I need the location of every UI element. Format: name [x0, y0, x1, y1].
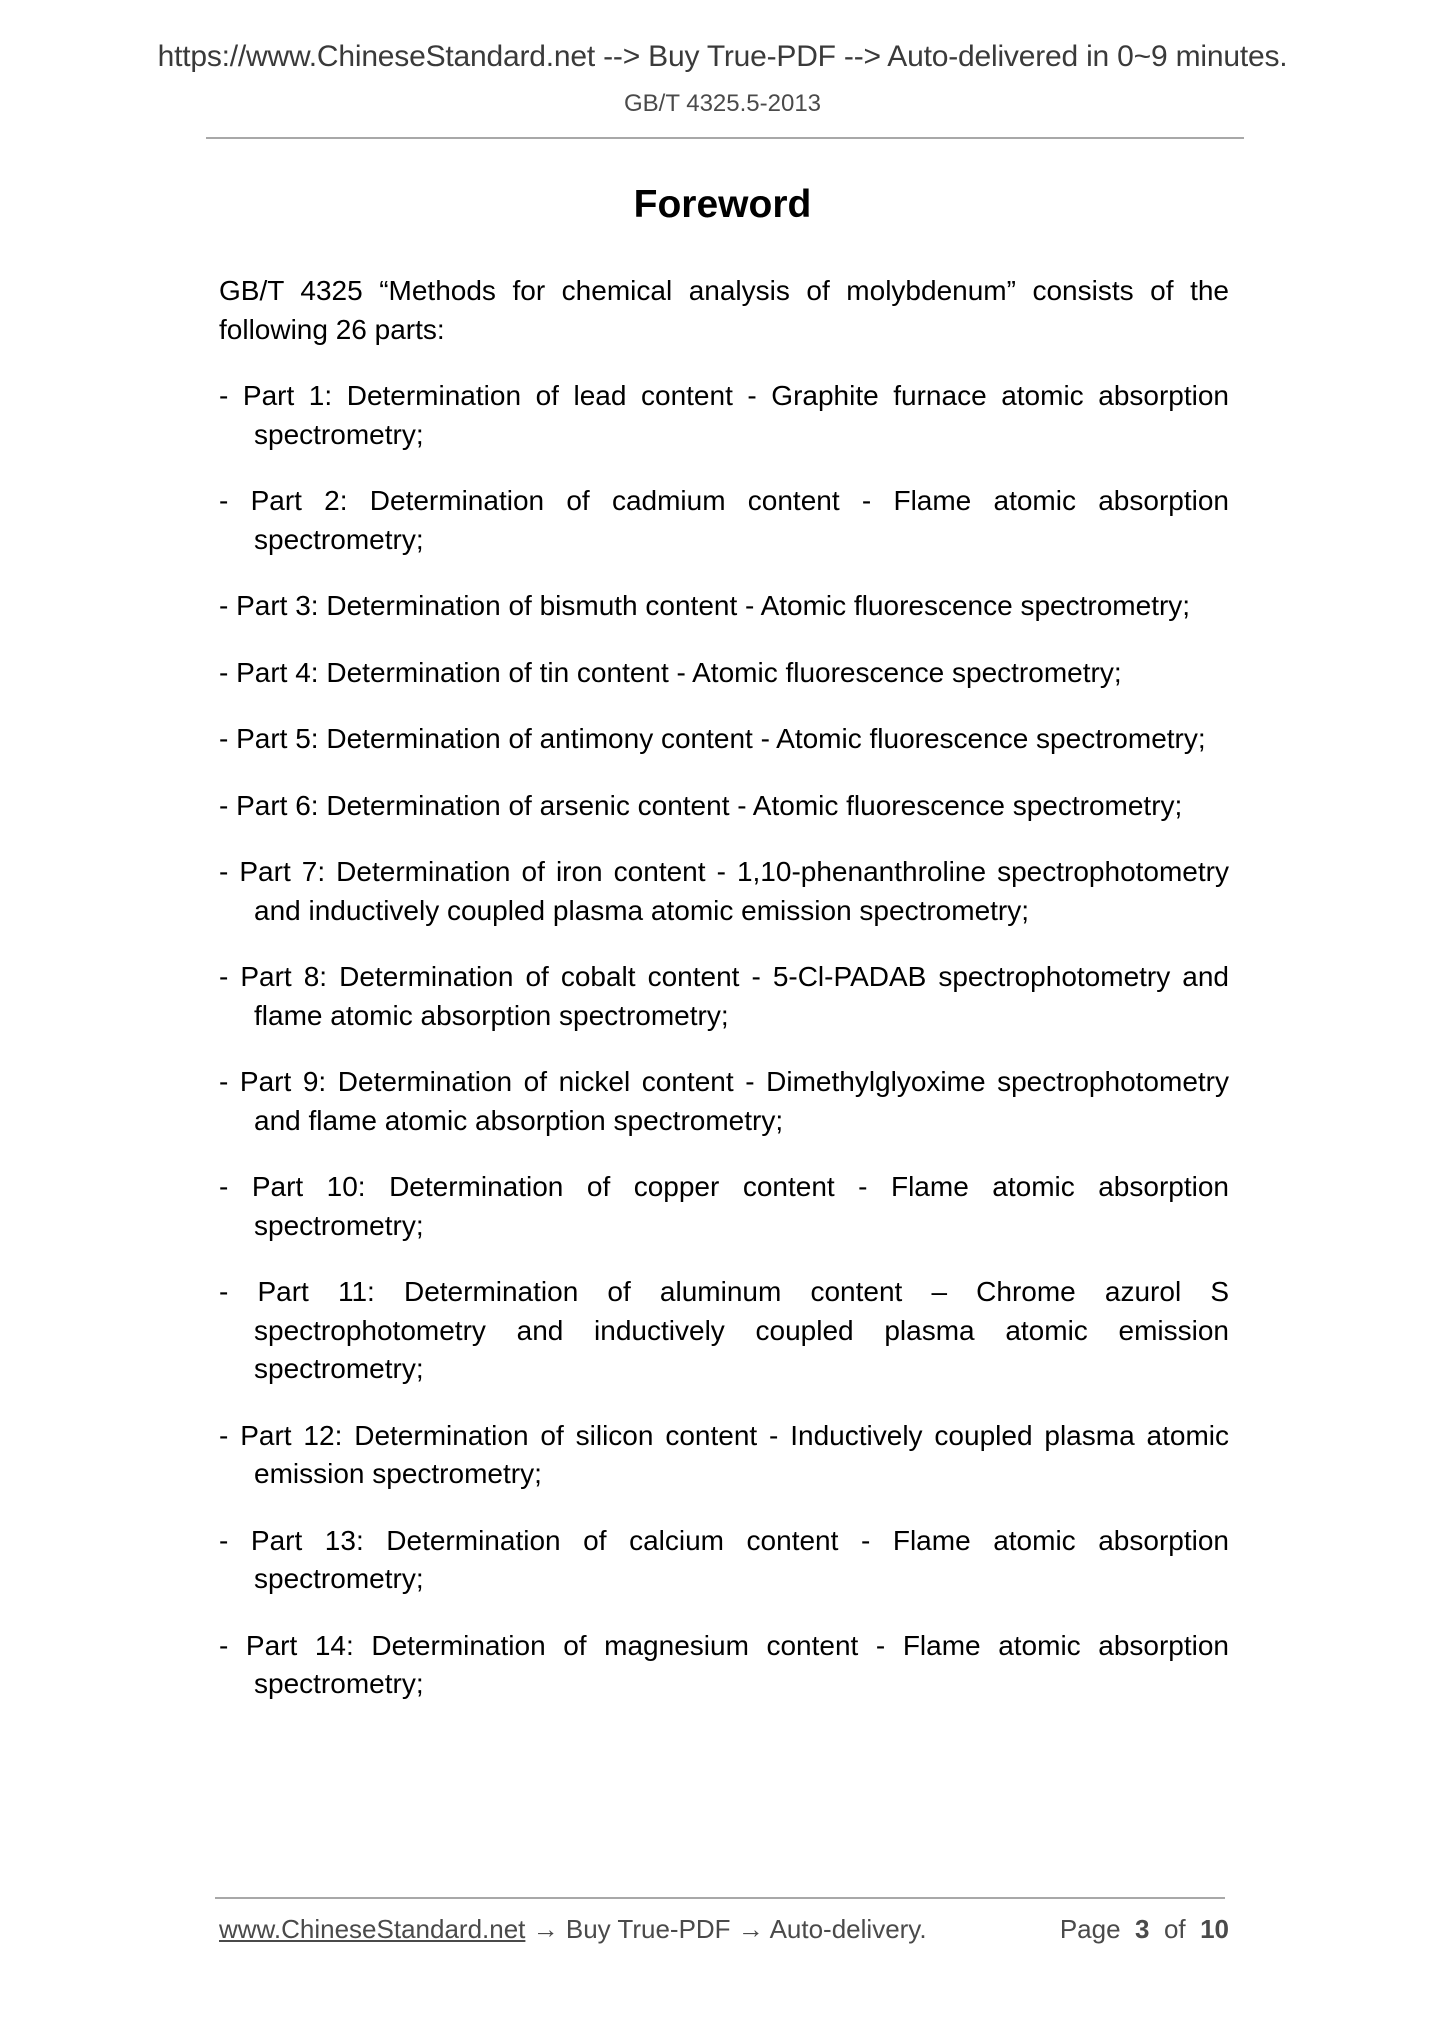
document-body: GB/T 4325 “Methods for chemical analysis… [219, 272, 1229, 1732]
document-code: GB/T 4325.5-2013 [0, 90, 1445, 118]
page-title: Foreword [0, 183, 1445, 227]
footer-promo: www.ChineseStandard.net → Buy True-PDF →… [219, 1914, 927, 1945]
list-item: - Part 8: Determination of cobalt conten… [219, 958, 1229, 1035]
list-item: - Part 6: Determination of arsenic conte… [219, 787, 1229, 826]
list-item: - Part 3: Determination of bismuth conte… [219, 587, 1229, 626]
page-label: Page [1060, 1914, 1121, 1944]
footer-promo-text: → Buy True-PDF → Auto-delivery. [525, 1914, 926, 1944]
intro-paragraph: GB/T 4325 “Methods for chemical analysis… [219, 272, 1229, 349]
list-item: - Part 2: Determination of cadmium conte… [219, 482, 1229, 559]
list-item: - Part 4: Determination of tin content -… [219, 654, 1229, 693]
list-item: - Part 7: Determination of iron content … [219, 853, 1229, 930]
list-item: - Part 5: Determination of antimony cont… [219, 720, 1229, 759]
list-item: - Part 13: Determination of calcium cont… [219, 1522, 1229, 1599]
page-footer: www.ChineseStandard.net → Buy True-PDF →… [219, 1914, 1229, 1954]
list-item: - Part 10: Determination of copper conte… [219, 1168, 1229, 1245]
top-banner: https://www.ChineseStandard.net --> Buy … [0, 40, 1445, 74]
list-item: - Part 9: Determination of nickel conten… [219, 1063, 1229, 1140]
list-item: - Part 1: Determination of lead content … [219, 377, 1229, 454]
list-item: - Part 12: Determination of silicon cont… [219, 1417, 1229, 1494]
parts-list: - Part 1: Determination of lead content … [219, 377, 1229, 1704]
page-current: 3 [1135, 1914, 1149, 1944]
page-number: Page 3 of 10 [1060, 1914, 1229, 1945]
list-item: - Part 11: Determination of aluminum con… [219, 1273, 1229, 1389]
footer-divider [215, 1897, 1225, 1899]
list-item: - Part 14: Determination of magnesium co… [219, 1627, 1229, 1704]
footer-site-link[interactable]: www.ChineseStandard.net [219, 1914, 525, 1944]
header-divider [206, 137, 1244, 139]
page-of: of [1164, 1914, 1186, 1944]
page-total: 10 [1200, 1914, 1229, 1944]
